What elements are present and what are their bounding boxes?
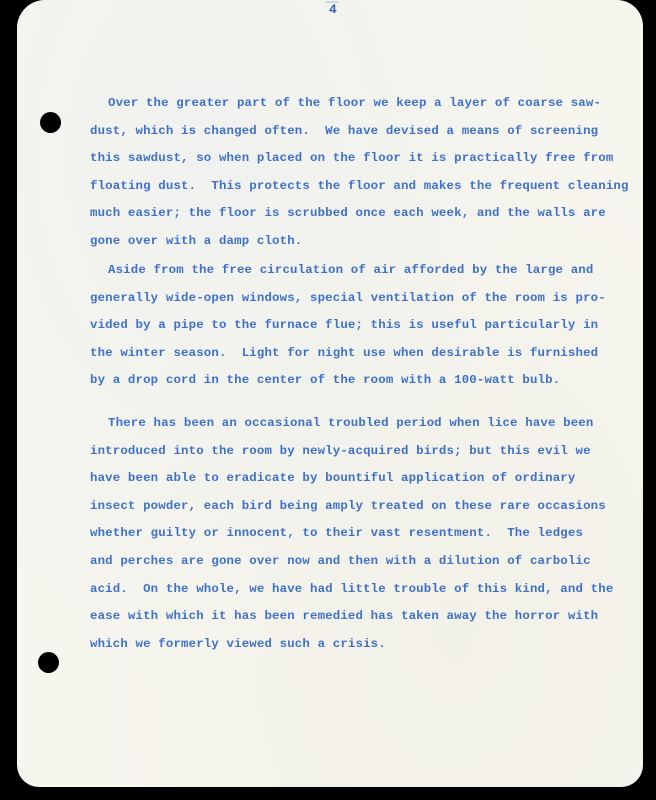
binder-hole-lower — [38, 652, 59, 673]
text-line: gone over with a damp cloth. — [90, 233, 302, 249]
text-line: much easier; the floor is scrubbed once … — [90, 205, 606, 221]
text-line: dust, which is changed often. We have de… — [90, 123, 598, 139]
text-line: the winter season. Light for night use w… — [90, 345, 598, 361]
text-line: ease with which it has been remedied has… — [90, 608, 598, 624]
text-line: insect powder, each bird being amply tre… — [90, 498, 606, 514]
page-number: 4 — [329, 2, 337, 17]
text-line: have been able to eradicate by bountiful… — [90, 470, 575, 486]
binder-hole-upper — [40, 112, 61, 133]
text-line: acid. On the whole, we have had little t… — [90, 581, 613, 597]
text-line: and perches are gone over now and then w… — [90, 553, 591, 569]
text-line: vided by a pipe to the furnace flue; thi… — [90, 317, 598, 333]
text-line: which we formerly viewed such a crisis. — [90, 636, 386, 652]
typed-page: 4 Over the greater part of the floor we … — [17, 0, 643, 787]
text-line: by a drop cord in the center of the room… — [90, 372, 560, 388]
text-line: Aside from the free circulation of air a… — [108, 262, 593, 278]
text-line: generally wide-open windows, special ven… — [90, 290, 606, 306]
text-line: There has been an occasional troubled pe… — [108, 415, 593, 431]
text-line: introduced into the room by newly-acquir… — [90, 443, 591, 459]
text-line: whether guilty or innocent, to their vas… — [90, 525, 583, 541]
text-line: Over the greater part of the floor we ke… — [108, 95, 601, 111]
text-line: this sawdust, so when placed on the floo… — [90, 150, 613, 166]
text-line: floating dust. This protects the floor a… — [90, 178, 629, 194]
